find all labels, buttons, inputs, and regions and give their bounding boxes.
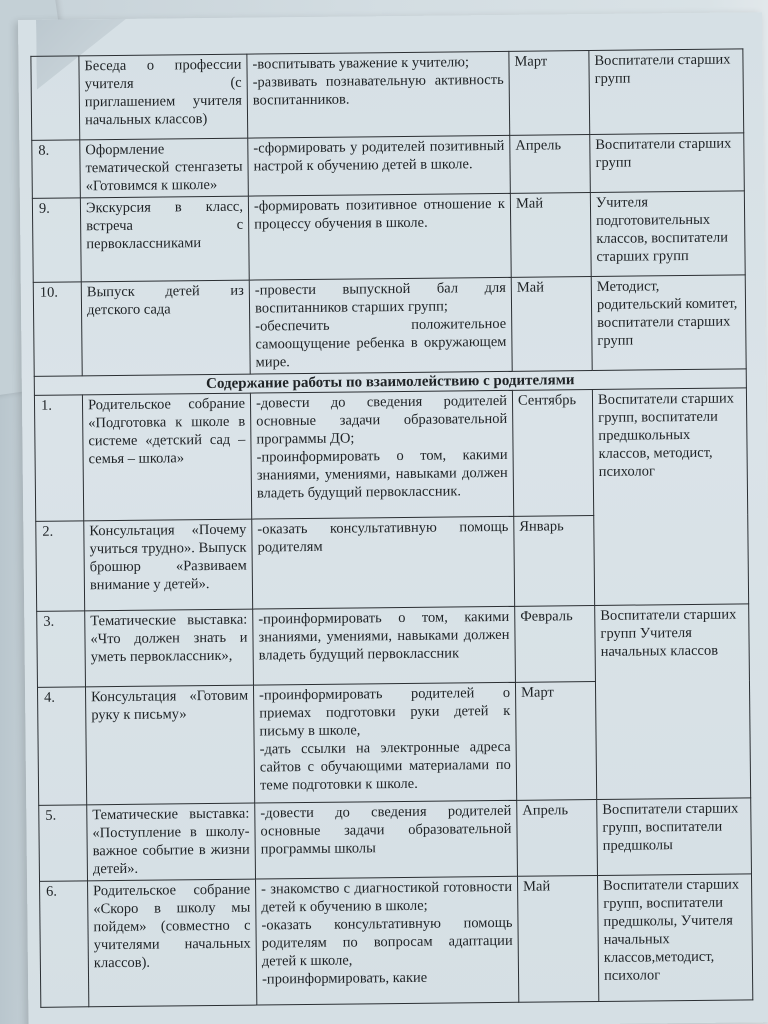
table-row: Беседа о профессии учителя (с приглашени… [31, 49, 744, 140]
table-row: 9. Экскурсия в класс, встреча с первокла… [32, 191, 745, 282]
goals-cell: -оказать консультативную помощь родителя… [252, 516, 515, 609]
responsible-cell: Воспитатели старших групп Учителя началь… [595, 604, 751, 800]
row-number: 9. [32, 198, 81, 282]
event-cell: Родительское собрание «Скоро в школу мы … [88, 879, 257, 1007]
goal-line: -оказать консультативную помощь родителя… [261, 914, 513, 971]
goal-line: -довести до сведения родителей основные … [256, 392, 508, 449]
month-cell: Февраль [515, 605, 596, 682]
month-cell: Март [515, 681, 596, 800]
event-cell: Беседа о профессии учителя (с приглашени… [79, 54, 248, 140]
row-number: 6. [40, 881, 89, 1007]
month-cell: Сентябрь [512, 390, 593, 517]
event-cell: Консультация «Готовим руку к письму» [85, 685, 254, 805]
row-number: 10. [33, 282, 82, 376]
plan-table: Беседа о профессии учителя (с приглашени… [30, 48, 753, 1007]
month-cell: Май [517, 875, 598, 1002]
goals-cell: -сформировать у родителей позитивный нас… [248, 135, 511, 196]
goal-line: -проинформировать, какие [262, 968, 513, 989]
event-cell: Консультация «Почему учиться трудно». Вы… [84, 519, 253, 611]
goals-cell: -воспитывать уважение к учителю; -развив… [247, 51, 510, 138]
goals-cell: -формировать позитивное отношение к проц… [248, 193, 511, 280]
goal-line: -обеспечить положительное самоощущение р… [255, 315, 507, 372]
event-cell: Оформление тематической стенгазеты «Гото… [80, 138, 249, 198]
month-cell: Январь [514, 515, 595, 606]
goal-line: -развивать познавательную активность вос… [253, 71, 504, 110]
goals-cell: - знакомство с диагностикой готовности д… [256, 876, 519, 1005]
responsible-cell: Воспитатели старших групп [589, 49, 744, 135]
month-cell: Апрель [510, 135, 591, 194]
goal-line: -проинформировать о том, какими знаниями… [257, 446, 509, 503]
event-cell: Тематические выставка: «Что должен знать… [85, 609, 254, 687]
month-cell: Май [510, 193, 591, 278]
responsible-cell: Учителя подготовительных классов, воспит… [590, 191, 745, 277]
row-number: 5. [39, 805, 88, 881]
table-row: 3. Тематические выставка: «Что должен зн… [37, 604, 750, 687]
table-row: 8. Оформление тематической стенгазеты «Г… [32, 133, 745, 198]
table-row: 5. Тематические выставка: «Поступление в… [39, 798, 752, 881]
responsible-cell: Воспитатели старших групп, воспитатели п… [597, 798, 752, 876]
goal-line: -дать ссылки на электронные адреса сайто… [260, 738, 512, 795]
row-number: 8. [32, 140, 81, 198]
goal-line: -проинформировать родителей о приемах по… [259, 684, 511, 741]
event-cell: Экскурсия в класс, встреча с первоклассн… [80, 196, 249, 282]
month-cell: Май [511, 277, 592, 372]
goals-cell: -довести до сведения родителей основные … [250, 390, 513, 519]
table-row: 6. Родительское собрание «Скоро в школу … [40, 874, 753, 1007]
goal-line: -провести выпускной бал для воспитаннико… [255, 279, 506, 318]
table-row: 10. Выпуск детей из детского сада -прове… [33, 275, 746, 376]
responsible-cell: Воспитатели старших групп [590, 133, 745, 193]
month-cell: Март [509, 51, 590, 136]
document-page: Беседа о профессии учителя (с приглашени… [18, 12, 768, 1024]
responsible-cell: Методист, родительский комитет, воспитат… [591, 275, 746, 371]
goals-cell: -провести выпускной бал для воспитаннико… [249, 277, 512, 374]
goal-line: - знакомство с диагностикой готовности д… [261, 878, 512, 917]
row-number [31, 56, 80, 140]
goals-cell: -проинформировать родителей о приемах по… [253, 682, 516, 803]
event-cell: Родительское собрание «Подготовка к школ… [82, 393, 251, 521]
goals-cell: -проинформировать о том, какими знаниями… [253, 606, 516, 685]
table-row: 1. Родительское собрание «Подготовка к ш… [34, 388, 747, 521]
responsible-cell: Воспитатели старших групп, воспитатели п… [592, 388, 748, 606]
goals-cell: -довести до сведения родителей основные … [255, 800, 518, 879]
event-cell: Выпуск детей из детского сада [81, 280, 250, 376]
event-cell: Тематические выставка: «Поступление в шк… [87, 803, 256, 881]
row-number: 3. [37, 611, 86, 687]
row-number: 1. [34, 395, 83, 521]
row-number: 4. [37, 687, 86, 805]
row-number: 2. [36, 521, 85, 611]
month-cell: Апрель [517, 799, 598, 876]
responsible-cell: Воспитатели старших групп, воспитатели п… [597, 874, 752, 1002]
